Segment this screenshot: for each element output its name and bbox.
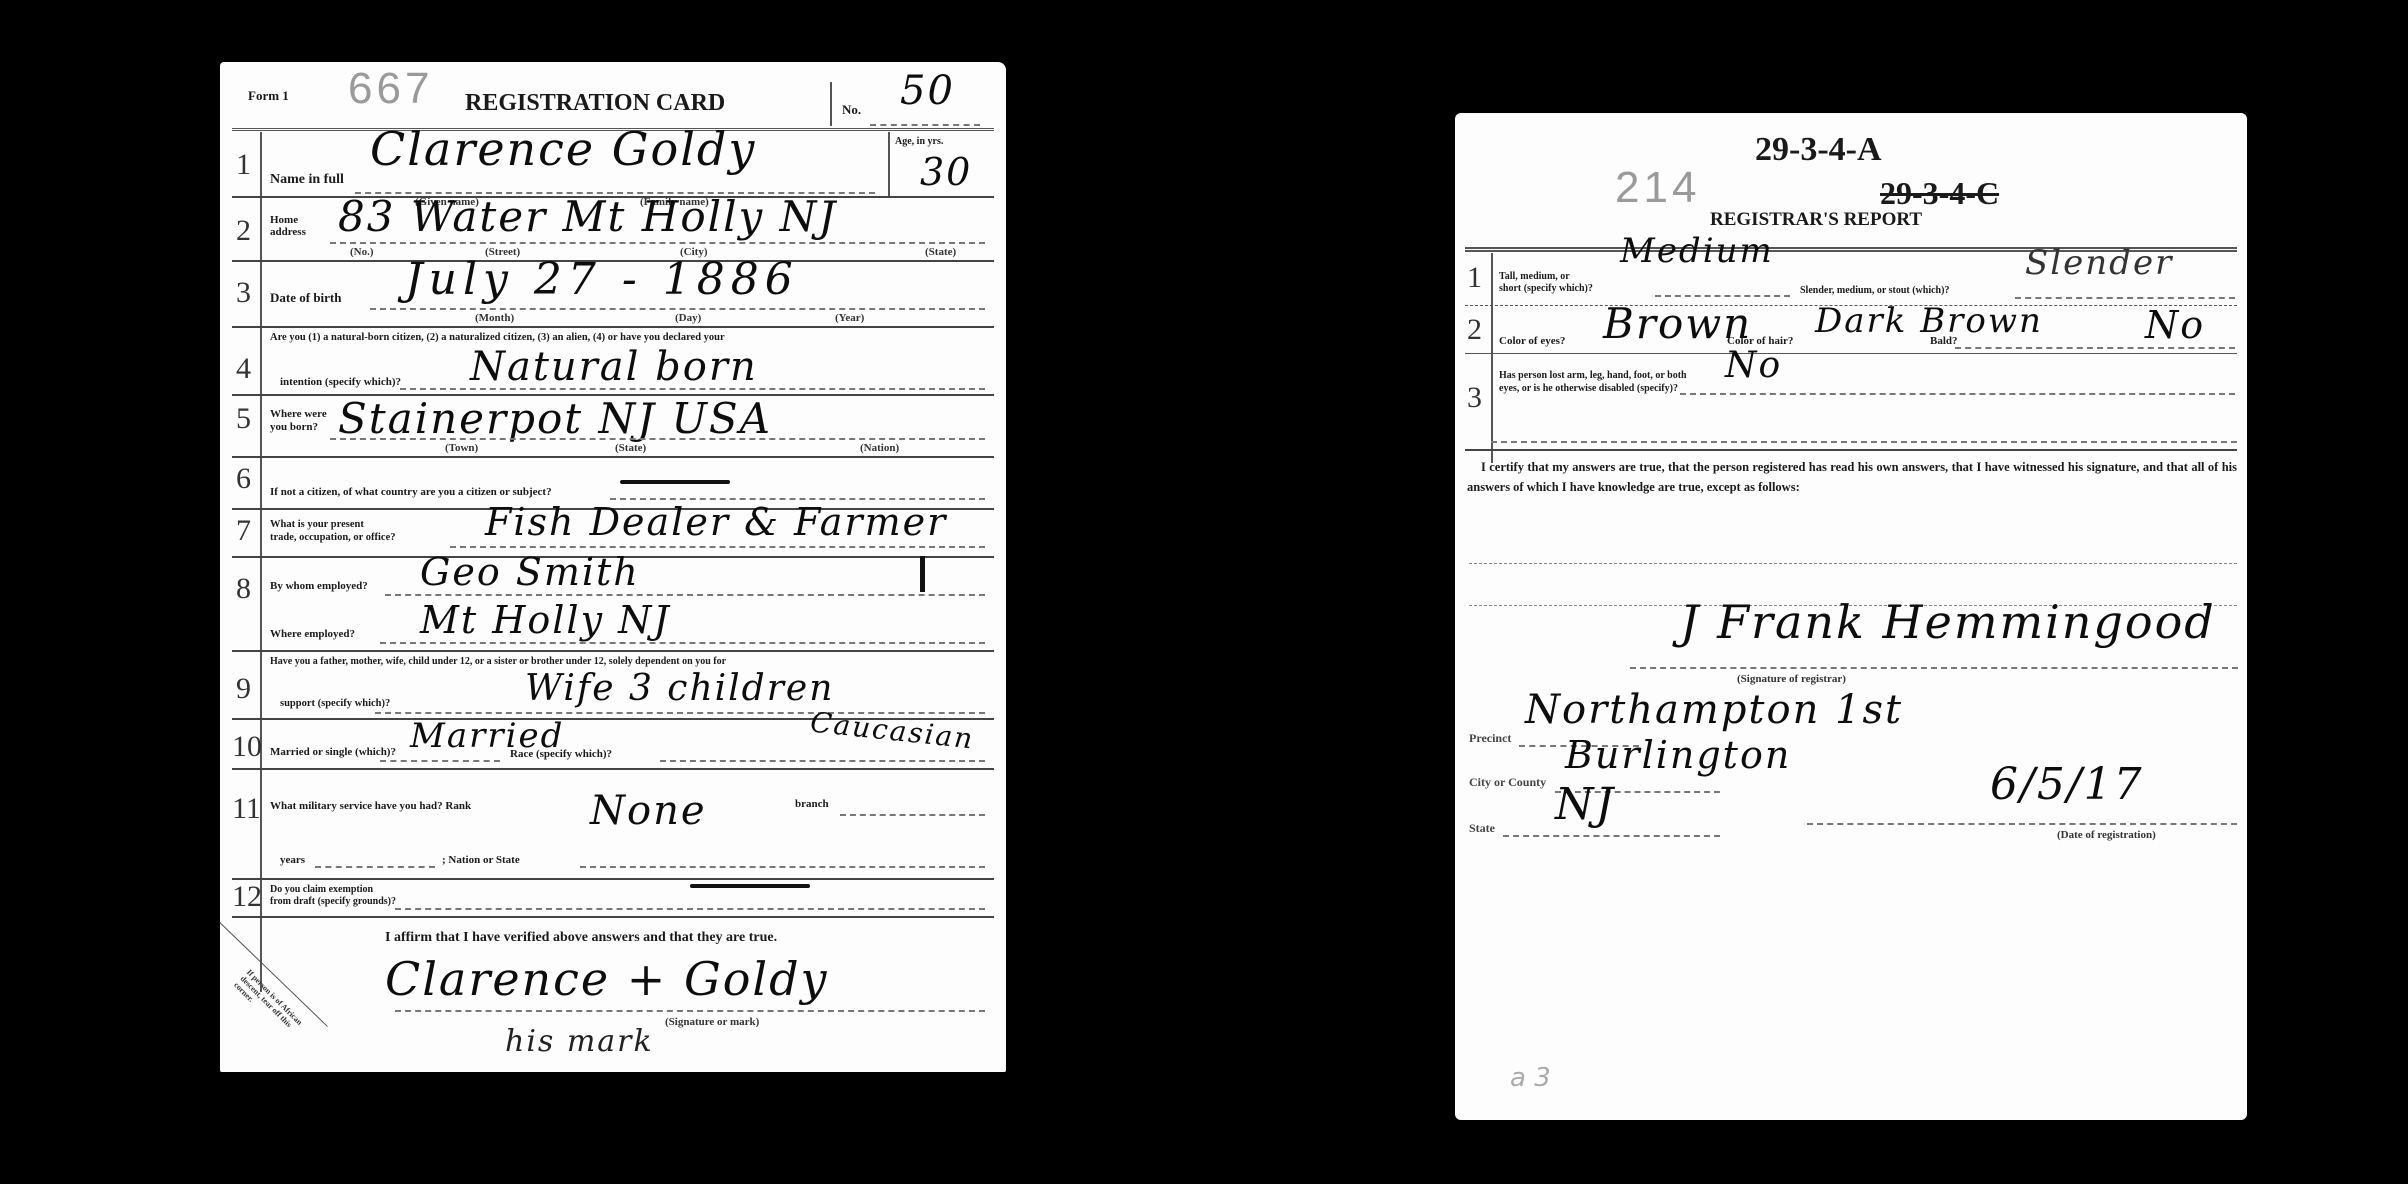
build-value: Slender — [2025, 243, 2173, 283]
month-caption: (Month) — [475, 312, 514, 324]
blank-dash-mark — [620, 480, 730, 484]
bald-label: Bald? — [1930, 335, 1958, 347]
state-label: State — [1469, 821, 1495, 836]
day-caption: (Day) — [675, 312, 701, 324]
blank-dash-mark — [690, 884, 810, 888]
row-number: 11 — [232, 792, 261, 826]
ink-mark — [920, 556, 925, 592]
year-caption: (Year) — [835, 312, 864, 324]
name-label: Name in full — [270, 172, 344, 188]
marital-status-label: Married or single (which)? — [270, 746, 396, 758]
hair-color-value: Dark Brown — [1815, 301, 2043, 341]
registrant-signature: Clarence + Goldy — [385, 952, 829, 1006]
stamp-number: 667 — [348, 64, 433, 114]
row-number: 8 — [236, 572, 251, 606]
row-number: 5 — [236, 402, 251, 436]
military-years-label: years — [280, 854, 305, 866]
certification-text: I certify that my answers are true, that… — [1467, 457, 2237, 497]
affirmation-text: I affirm that I have verified above answ… — [385, 930, 777, 946]
state-value: NJ — [1555, 779, 1615, 830]
nation-caption: (Nation) — [860, 442, 899, 454]
dob-value: July 27 - 1886 — [405, 254, 799, 305]
build-label: Slender, medium, or stout (which)? — [1800, 285, 1949, 296]
registrars-report-card: 29-3-4-A 214 29-3-4-C REGISTRAR'S REPORT… — [1455, 113, 2247, 1120]
precinct-value: Northampton 1st — [1525, 687, 1903, 733]
dob-label: Date of birth — [270, 290, 342, 306]
employer-label: By whom employed? — [270, 580, 368, 592]
name-value: Clarence Goldy — [370, 122, 756, 176]
card-number-label: No. — [842, 102, 861, 118]
age-value: 30 — [920, 150, 972, 194]
eye-color-label: Color of eyes? — [1499, 335, 1565, 347]
row-number: 1 — [236, 148, 251, 182]
report-title: REGISTRAR'S REPORT — [1710, 209, 1922, 231]
birthplace-label: Where wereyou born? — [270, 408, 327, 434]
state-caption: (State) — [925, 246, 956, 258]
occupation-label: What is your presenttrade, occupation, o… — [270, 518, 396, 544]
registrar-signature-caption: (Signature of registrar) — [1737, 673, 1846, 685]
registration-date-value: 6/5/17 — [1990, 759, 2144, 810]
disability-value: No — [1725, 345, 1782, 386]
citizenship-label: intention (specify which)? — [280, 376, 401, 388]
dependents-value: Wife 3 children — [525, 668, 834, 709]
disability-label: Has person lost arm, leg, hand, foot, or… — [1499, 369, 1687, 395]
precinct-label: Precinct — [1469, 731, 1511, 746]
employer-value: Geo Smith — [420, 550, 640, 594]
row-number: 2 — [236, 214, 251, 248]
registrar-signature: J Frank Hemmingood — [1680, 595, 2216, 649]
signature-caption: (Signature or mark) — [665, 1016, 759, 1028]
pencil-note: a 3 — [1510, 1063, 1551, 1093]
home-address-label: Homeaddress — [270, 214, 306, 238]
race-label: Race (specify which)? — [510, 748, 612, 760]
height-label: Tall, medium, orshort (specify which)? — [1499, 271, 1593, 295]
row-number: 3 — [236, 276, 251, 310]
dependents-label: support (specify which)? — [280, 698, 390, 709]
number-caption: (No.) — [350, 246, 374, 258]
military-rank-label: What military service have you had? Rank — [270, 800, 471, 812]
dependents-question: Have you a father, mother, wife, child u… — [270, 656, 726, 667]
town-caption: (Town) — [445, 442, 478, 454]
row-number: 4 — [236, 352, 251, 386]
row-number: 9 — [236, 672, 251, 706]
exemption-label: Do you claim exemptionfrom draft (specif… — [270, 884, 396, 908]
report-code-primary: 29-3-4-A — [1755, 131, 1882, 169]
occupation-value: Fish Dealer & Farmer — [485, 500, 947, 544]
row-number: 6 — [236, 462, 251, 496]
row-number: 10 — [232, 730, 262, 764]
age-label: Age, in yrs. — [895, 136, 943, 147]
corner-instruction: If person is of African descent, tear of… — [232, 968, 308, 1044]
row-number: 7 — [236, 514, 251, 548]
report-code-struck: 29-3-4-C — [1880, 175, 1999, 212]
military-service-value: None — [590, 788, 707, 834]
county-label: City or County — [1469, 775, 1546, 790]
home-address-value: 83 Water Mt Holly NJ — [338, 192, 837, 241]
registration-card: Form 1 667 REGISTRATION CARD No. 50 1 Na… — [220, 62, 1006, 1072]
county-value: Burlington — [1565, 733, 1791, 777]
foreign-citizenship-label: If not a citizen, of what country are yo… — [270, 486, 552, 498]
height-value: Medium — [1620, 231, 1774, 271]
row-number: 12 — [232, 880, 262, 914]
stamp-number: 214 — [1615, 163, 1700, 213]
employer-location-label: Where employed? — [270, 628, 355, 640]
state-caption: (State) — [615, 442, 646, 454]
form-label: Form 1 — [248, 88, 289, 104]
registration-date-caption: (Date of registration) — [2057, 829, 2156, 841]
birthplace-value: Stainerpot NJ USA — [338, 394, 772, 443]
row-number: 2 — [1467, 313, 1482, 347]
citizenship-value: Natural born — [470, 344, 758, 390]
bald-value: No — [2145, 303, 2205, 347]
citizenship-question: Are you (1) a natural-born citizen, (2) … — [270, 332, 725, 343]
military-branch-label: branch — [795, 798, 829, 810]
signature-note: his mark — [505, 1024, 654, 1059]
row-number: 3 — [1467, 381, 1482, 415]
row-number: 1 — [1467, 261, 1482, 295]
military-nation-label: ; Nation or State — [442, 854, 520, 866]
card-title: REGISTRATION CARD — [465, 90, 725, 117]
employer-location-value: Mt Holly NJ — [420, 598, 671, 642]
card-number-value: 50 — [900, 68, 955, 114]
